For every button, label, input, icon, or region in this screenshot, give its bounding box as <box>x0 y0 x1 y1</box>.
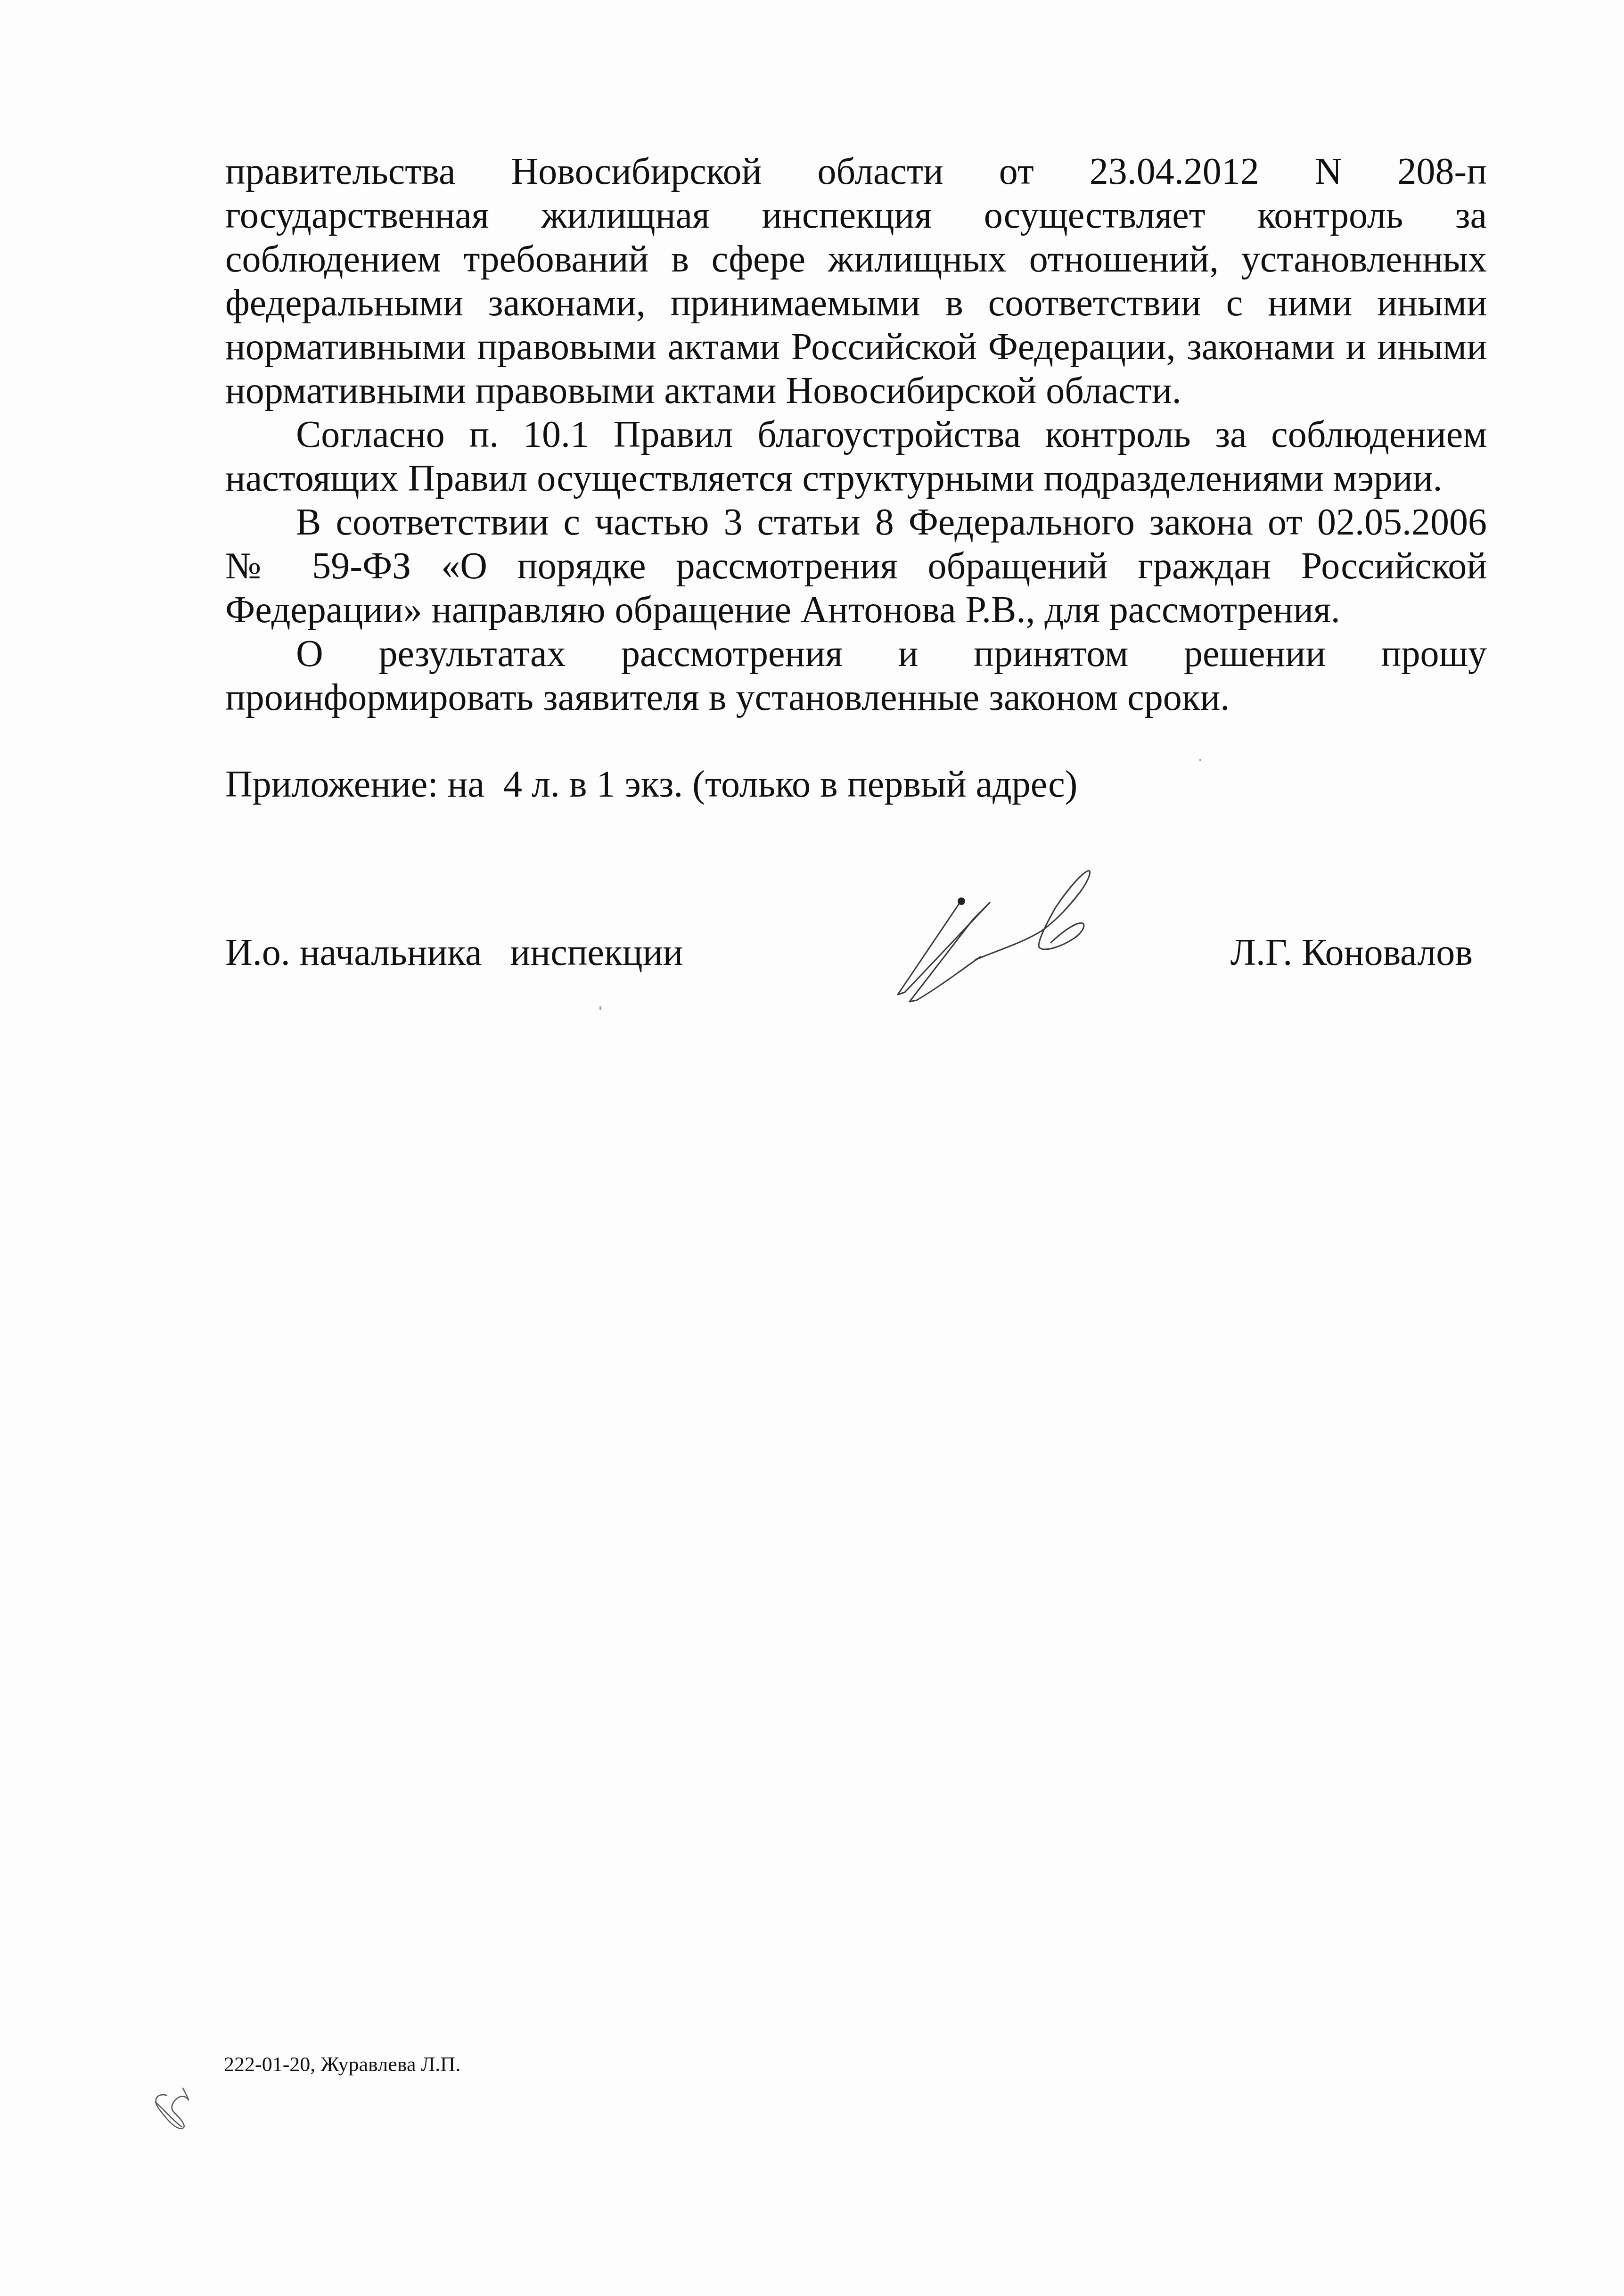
paragraph-3-line-1: В соответствии с частью 3 статьи 8 Федер… <box>296 501 1487 544</box>
paragraph-1-line-5: нормативными правовыми актами Российской… <box>225 325 1487 369</box>
handwritten-initials-icon <box>150 2083 206 2140</box>
paragraph-1-line-3: соблюдением требований в сфере жилищных … <box>225 238 1487 281</box>
signature-block: И.о. начальника инспекции Л.Г. Коновалов <box>225 931 1487 978</box>
executor-contact: 222-01-20, Журавлева Л.П. <box>224 2051 460 2078</box>
paragraph-2-line-2: настоящих Правил осуществляется структур… <box>225 457 1487 501</box>
paragraph-1-line-2: государственная жилищная инспекция осуще… <box>225 194 1487 238</box>
paragraph-1-line-6: нормативными правовыми актами Новосибирс… <box>225 369 1487 413</box>
scan-artifact <box>599 1006 601 1010</box>
paragraph-3-line-2: № 59-ФЗ «О порядке рассмотрения обращени… <box>225 544 1487 588</box>
signatory-name: Л.Г. Коновалов <box>1230 931 1473 975</box>
paragraph-4-line-1: О результатах рассмотрения и принятом ре… <box>296 632 1487 676</box>
paragraph-1-line-4: федеральными законами, принимаемыми в со… <box>225 281 1487 325</box>
paragraph-2-line-1: Согласно п. 10.1 Правил благоустройства … <box>296 413 1487 457</box>
document-page: правительства Новосибирской области от 2… <box>0 0 1624 2296</box>
paragraph-1-line-1: правительства Новосибирской области от 2… <box>225 150 1487 194</box>
paragraph-4-line-2: проинформировать заявителя в установленн… <box>225 676 1487 720</box>
scan-artifact <box>1199 759 1201 761</box>
signatory-title: И.о. начальника инспекции <box>225 931 683 975</box>
paragraph-3-line-3: Федерации» направляю обращение Антонова … <box>225 588 1487 632</box>
attachment-note: Приложение: на 4 л. в 1 экз. (только в п… <box>225 763 1487 806</box>
handwritten-signature-icon <box>872 848 1155 1013</box>
